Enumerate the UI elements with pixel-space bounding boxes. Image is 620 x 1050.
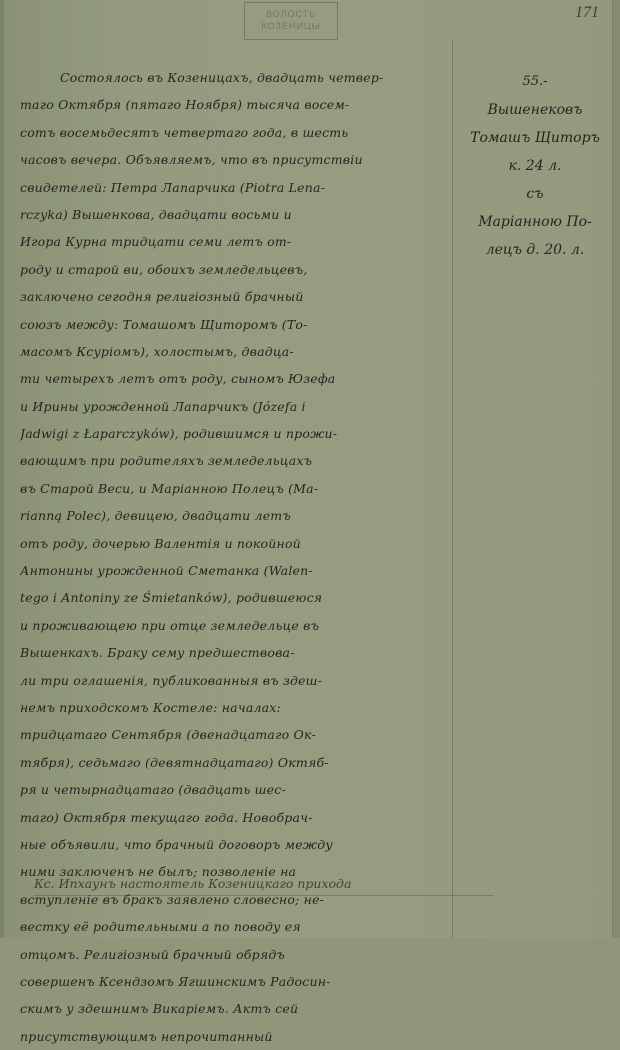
conjunction: съ	[460, 180, 610, 208]
body-line: сотъ восемьдесятъ четвертаго года, в шес…	[20, 119, 448, 146]
body-line: въ Старой Веси, и Маріанною Полецъ (Ma-	[20, 475, 448, 502]
body-line: вестку её родительными а по поводу ея	[20, 913, 448, 938]
priest-signature: Кс. Ипхаунъ настоятель Козеницкаго прихо…	[34, 876, 494, 896]
body-line: тридцатаго Сентября (двенадцатаго Ок-	[20, 721, 448, 748]
body-line: таго) Октября текущаго года. Новобрач-	[20, 804, 448, 831]
body-line: Jadwigi z Łaparczyków), родившимся и про…	[20, 420, 448, 447]
body-line: ли три оглашенія, публикованныя въ здеш-	[20, 667, 448, 694]
margin-rule	[452, 40, 453, 938]
margin-note: 55.- Вышенековъ Томашъ Щиторъ к. 24 л. с…	[460, 68, 610, 264]
body-line: таго Октября (пятаго Ноября) тысяча восе…	[20, 91, 448, 118]
record-body: Состоялось въ Козеницахъ, двадцать четве…	[20, 64, 448, 938]
body-line: ти четырехъ летъ отъ роду, сыномъ Юзефа	[20, 365, 448, 392]
body-line: Состоялось въ Козеницахъ, двадцать четве…	[20, 64, 448, 91]
body-line: и Ирины урожденной Лапарчикъ (Józefa i	[20, 393, 448, 420]
body-line: тября), седьмаго (девятнадцатаго) Октяб-	[20, 749, 448, 776]
body-line: tego i Antoniny ze Śmietanków), родившею…	[20, 584, 448, 611]
body-line: rianną Polec), девицею, двадцати летъ	[20, 502, 448, 529]
document-page: ВОЛОСТЬ КОЗЕНИЦЫ 171 55.- Вышенековъ Том…	[0, 0, 620, 938]
body-line: союзъ между: Томашомъ Щиторомъ (То-	[20, 311, 448, 338]
bride-name-age: лецъ д. 20. л.	[460, 236, 610, 264]
body-line: Вышенкахъ. Браку сему предшествова-	[20, 639, 448, 666]
groom-surname: Вышенековъ	[460, 96, 610, 124]
body-line: и проживающею при отце земледельце въ	[20, 612, 448, 639]
groom-name: Томашъ Щиторъ	[460, 124, 610, 152]
body-line: Антонины урожденной Сметанка (Walen-	[20, 557, 448, 584]
body-line: заключено сегодня религіозный брачный	[20, 283, 448, 310]
body-line: масомъ Ксуріомъ), холостымъ, двадца-	[20, 338, 448, 365]
body-line: роду и старой ви, обоихъ земледельцевъ,	[20, 256, 448, 283]
groom-age: к. 24 л.	[460, 152, 610, 180]
body-line: ные объявили, что брачный договоръ между	[20, 831, 448, 858]
archive-stamp-line-1: ВОЛОСТЬ	[245, 8, 337, 20]
page-right-edge	[612, 0, 620, 938]
bride-name: Маріанною По-	[460, 208, 610, 236]
page-left-edge	[0, 0, 4, 938]
body-line: rczyka) Вышенкова, двадцати восьми и	[20, 201, 448, 228]
body-line: Игора Курна тридцати семи летъ от-	[20, 228, 448, 255]
body-line: вающимъ при родителяхъ земледельцахъ	[20, 447, 448, 474]
body-line: свидетелей: Петра Лапарчика (Piotra Lena…	[20, 174, 448, 201]
body-line: часовъ вечера. Объявляемъ, что въ присут…	[20, 146, 448, 173]
archive-stamp: ВОЛОСТЬ КОЗЕНИЦЫ	[244, 2, 338, 40]
folio-number: 171	[575, 4, 599, 22]
body-line: отъ роду, дочерью Валентія и покойной	[20, 530, 448, 557]
body-line: ря и четырнадцатаго (двадцать шес-	[20, 776, 448, 803]
body-line: немъ приходскомъ Костеле: началах:	[20, 694, 448, 721]
entry-number: 55.-	[460, 68, 610, 96]
archive-stamp-line-2: КОЗЕНИЦЫ	[245, 20, 337, 32]
